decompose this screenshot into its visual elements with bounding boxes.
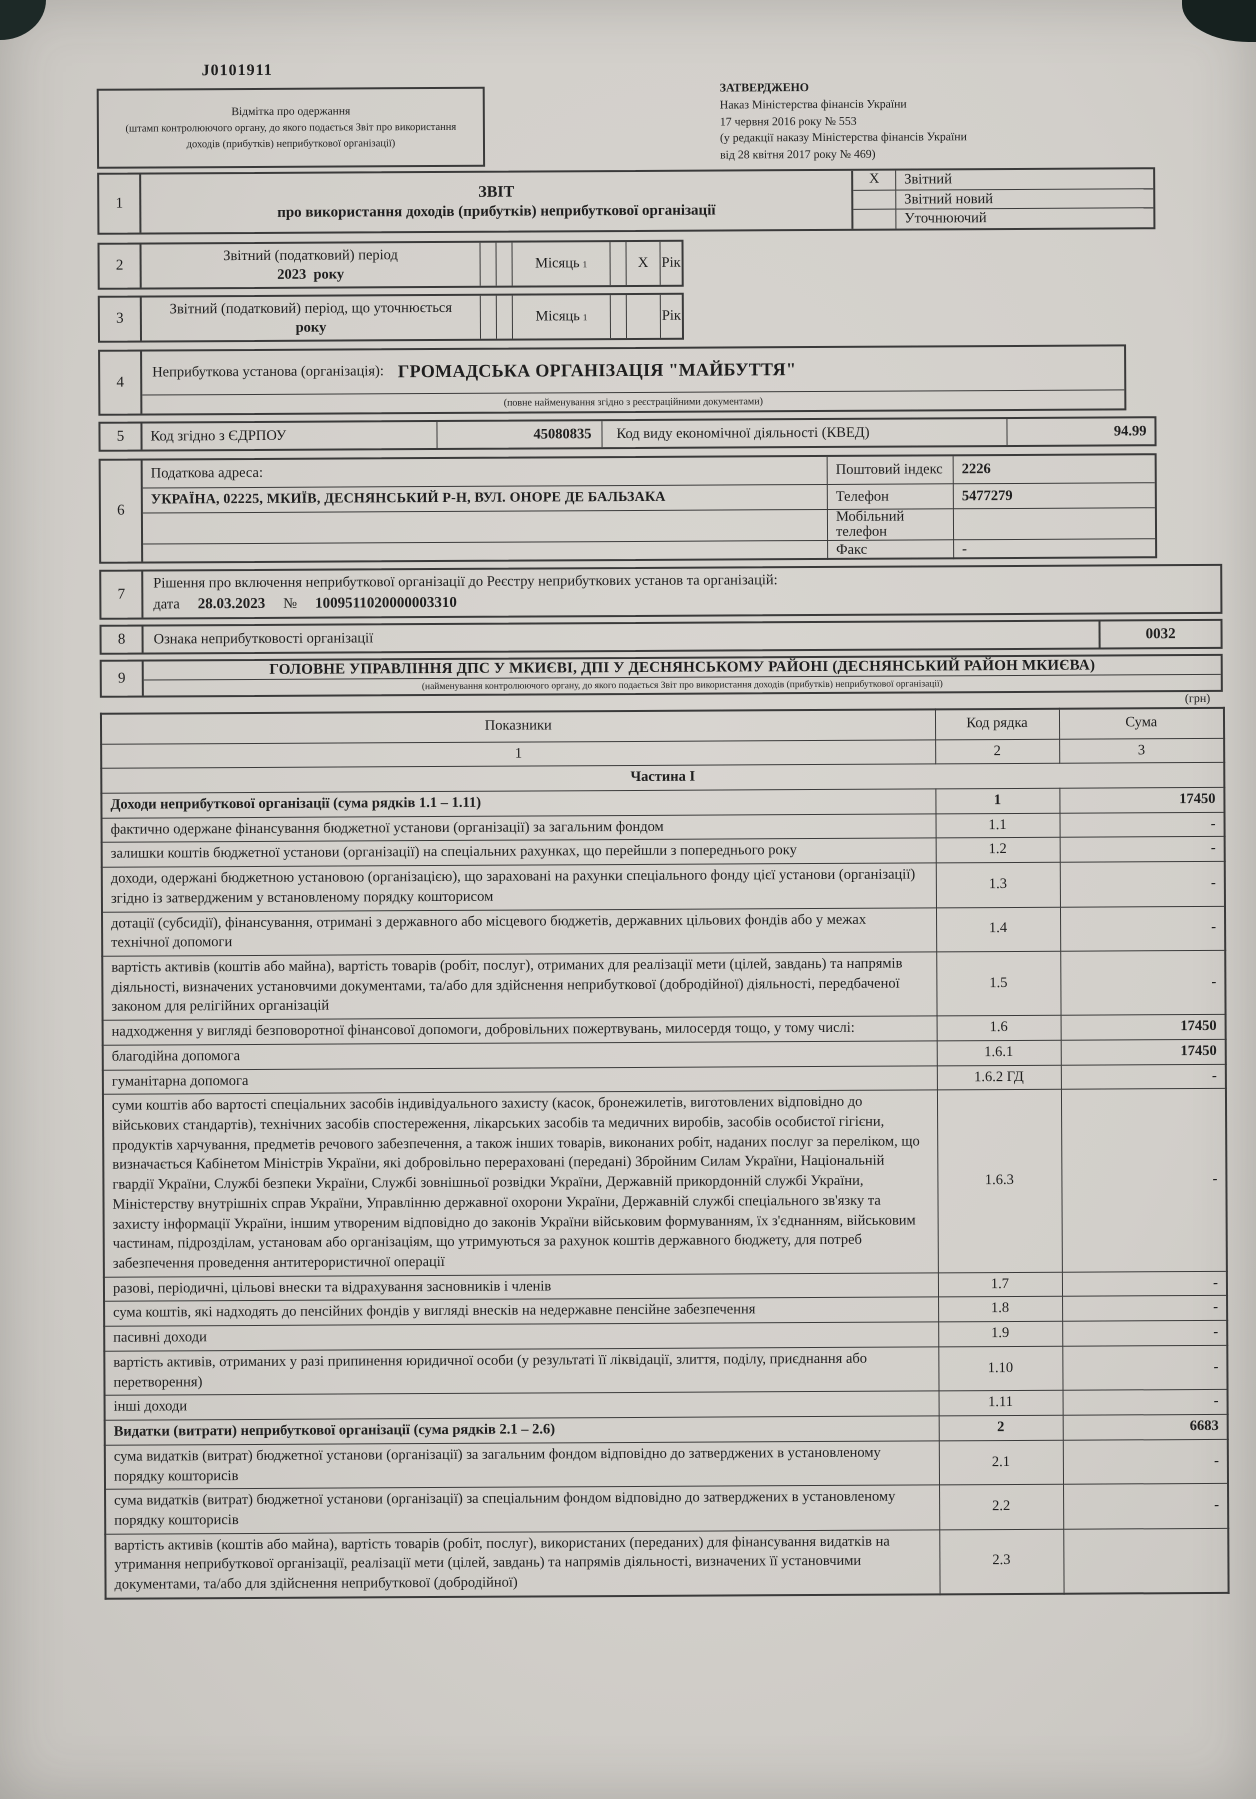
row-label: сума видатків (витрат) бюджетної установ… xyxy=(105,1485,939,1534)
postal-value: 2226 xyxy=(953,455,1155,484)
row-code: 1.9 xyxy=(938,1321,1062,1346)
table-row: доходи, одержані бюджетною установою (ор… xyxy=(102,861,1225,911)
col-header-indicators: Показники xyxy=(101,709,935,743)
month-digit-cell xyxy=(480,296,496,339)
report-title-line2: про використання доходів (прибутків) неп… xyxy=(141,201,851,222)
row-sum: - xyxy=(1060,837,1225,863)
row-code: 1.11 xyxy=(939,1391,1063,1416)
row-sum: - xyxy=(1063,1390,1228,1416)
month-digit-cell xyxy=(496,296,512,339)
row-label: сума видатків (витрат) бюджетної установ… xyxy=(105,1441,939,1490)
nonprofit-code-value: 0032 xyxy=(1098,621,1220,648)
scanned-document-page: J0101911 Відмітка про одержання (штамп к… xyxy=(0,0,1256,1799)
row-label: дотації (субсидії), фінансування, отрима… xyxy=(102,907,936,956)
report-title-line1: ЗВІТ xyxy=(141,181,851,203)
row-label: вартість активів (коштів або майна), вар… xyxy=(102,952,936,1021)
report-type-checkbox xyxy=(853,190,896,209)
indicators-table: Показники Код рядка Сума 1 2 3 Частина I… xyxy=(100,707,1228,1600)
year-label: Рік xyxy=(659,242,681,285)
row-label: суми коштів або вартості спеціальних зас… xyxy=(103,1090,938,1277)
decision-number: 1009511020000003310 xyxy=(315,595,457,612)
decision-no-label: № xyxy=(283,595,297,611)
col-number: 2 xyxy=(935,739,1059,764)
row-label: вартість активів, отриманих у разі припи… xyxy=(104,1347,938,1396)
row-sum: - xyxy=(1062,1345,1227,1390)
organization-note: (повне найменування згідно з реєстраційн… xyxy=(142,390,1124,413)
row-sum: 17450 xyxy=(1059,787,1224,813)
row-sum: - xyxy=(1063,1484,1228,1529)
row-sum xyxy=(1063,1528,1228,1594)
year-checkbox: X xyxy=(625,242,659,285)
approved-line: 17 червня 2016 року № 553 xyxy=(720,112,967,130)
address-empty-row xyxy=(143,510,828,545)
col-number: 3 xyxy=(1059,738,1224,764)
section-number: 4 xyxy=(100,352,142,414)
row-code: 1.10 xyxy=(938,1346,1062,1391)
stamp-note-line: (штамп контролюючого органу, до якого по… xyxy=(109,120,473,138)
row-code: 1 xyxy=(935,788,1059,813)
report-type-row-zvitnyi-novyi: Звітний новий xyxy=(853,189,1153,210)
row-code: 1.1 xyxy=(935,813,1059,838)
report-type-row-zvitnyi: X Звітний xyxy=(853,169,1153,190)
section-number: 7 xyxy=(101,572,143,618)
row-sum: - xyxy=(1060,950,1225,1015)
address-empty-row xyxy=(143,541,828,564)
row-code: 2.3 xyxy=(939,1529,1063,1594)
spacer-cell xyxy=(609,242,625,285)
stamp-title: Відмітка про одержання xyxy=(109,102,473,121)
period-label: Звітний (податковий) період 2023 року xyxy=(142,243,480,288)
kved-label: Код виду економічної діяльності (КВЕД) xyxy=(602,419,1006,447)
currency-note: (грн) xyxy=(1185,691,1210,706)
row-code: 1.2 xyxy=(936,838,1060,863)
period-label-text: Звітний (податковий) період, що уточнюєт… xyxy=(170,299,452,319)
row-code: 1.8 xyxy=(938,1297,1062,1322)
section-number: 6 xyxy=(101,461,144,562)
month-label: Місяць1 xyxy=(512,295,610,339)
table-row: вартість активів (коштів або майна), вар… xyxy=(105,1528,1228,1599)
indicators-table-body: Показники Код рядка Сума 1 2 3 Частина I… xyxy=(101,708,1229,1599)
row-code: 1.7 xyxy=(938,1272,1062,1297)
row-sum: - xyxy=(1062,1296,1227,1322)
row-code: 2.1 xyxy=(939,1440,1063,1485)
organization-line: Неприбуткова установа (організація): ГРО… xyxy=(142,346,1124,395)
row-code: 1.6.1 xyxy=(937,1040,1061,1065)
fax-label: Факс xyxy=(828,540,953,560)
row-code: 1.3 xyxy=(936,862,1060,907)
row-code: 1.6.2 ГД xyxy=(937,1065,1061,1090)
table-row: вартість активів (коштів або майна), вар… xyxy=(102,950,1225,1020)
month-digit-cell xyxy=(480,243,496,286)
row-label: доходи, одержані бюджетною установою (ор… xyxy=(102,863,936,912)
section-number: 5 xyxy=(100,424,142,450)
row-sum: - xyxy=(1061,1064,1226,1090)
nonprofit-code-label: Ознака неприбутковості організації xyxy=(144,622,1099,653)
month-label: Місяць1 xyxy=(512,242,610,286)
registry-decision-values: дата28.03.2023№1009511020000003310 xyxy=(153,589,1220,616)
row-sum: 17450 xyxy=(1061,1039,1226,1065)
registry-decision-box: Рішення про включення неприбуткової орга… xyxy=(143,566,1220,618)
row-sum: - xyxy=(1062,1271,1227,1297)
row-sum: - xyxy=(1062,1321,1227,1347)
section-number: 9 xyxy=(102,662,144,696)
report-title: ЗВІТ про використання доходів (прибутків… xyxy=(141,171,851,233)
edrpou-label: Код згідно з ЄДРПОУ xyxy=(142,422,437,450)
section-1-report-title: 1 ЗВІТ про використання доходів (прибутк… xyxy=(97,167,1155,235)
report-type-row-utochniuiuchyi: Уточнюючий xyxy=(853,209,1153,229)
row-sum: - xyxy=(1061,1089,1227,1272)
year-label: Рік xyxy=(660,295,682,338)
form-content: J0101911 Відмітка про одержання (штамп к… xyxy=(0,0,1256,1799)
authority-box: ГОЛОВНЕ УПРАВЛІННЯ ДПС У МКИЄВІ, ДПІ У Д… xyxy=(144,656,1221,696)
row-code: 1.4 xyxy=(936,907,1060,952)
address-label: Податкова адреса: xyxy=(143,457,828,489)
section-number: 1 xyxy=(99,175,141,233)
row-sum: 6683 xyxy=(1063,1414,1228,1440)
fax-value: - xyxy=(953,539,1155,559)
table-row: сума видатків (витрат) бюджетної установ… xyxy=(105,1484,1228,1534)
report-type-label: Звітний новий xyxy=(896,189,1153,209)
decision-date-label: дата xyxy=(153,596,179,612)
section-number: 8 xyxy=(102,627,144,653)
report-type-box: X Звітний Звітний новий Уточнюючий xyxy=(851,169,1153,229)
report-type-label: Уточнюючий xyxy=(896,209,1153,229)
period-year: року xyxy=(296,318,327,337)
decision-date: 28.03.2023 xyxy=(198,596,266,612)
row-sum: 17450 xyxy=(1061,1015,1226,1041)
stamp-note-line: доходів (прибутків) неприбуткової органі… xyxy=(109,135,473,153)
section-number: 2 xyxy=(100,245,142,288)
row-code: 1.5 xyxy=(936,951,1060,1016)
month-digit-cell xyxy=(496,243,512,286)
section-5-codes: 5 Код згідно з ЄДРПОУ 45080835 Код виду … xyxy=(98,416,1156,452)
row-sum: - xyxy=(1059,812,1224,838)
address-value: УКРАЇНА, 02225, МКИЇВ, ДЕСНЯНСЬКИЙ Р-Н, … xyxy=(143,485,828,514)
phone-label: Телефон xyxy=(828,484,953,510)
section-2-reporting-period: 2 Звітний (податковий) період 2023 року … xyxy=(97,240,683,290)
receipt-stamp-box: Відмітка про одержання (штамп контролююч… xyxy=(97,87,485,169)
period-year: 2023 року xyxy=(277,265,344,284)
spacer-cell xyxy=(610,295,626,338)
row-code: 2 xyxy=(939,1415,1063,1440)
section-9-controlling-authority: 9 ГОЛОВНЕ УПРАВЛІННЯ ДПС У МКИЄВІ, ДПІ У… xyxy=(100,654,1223,698)
col-header-sum: Сума xyxy=(1059,708,1224,739)
row-code: 2.2 xyxy=(939,1484,1063,1529)
table-row: сума видатків (витрат) бюджетної установ… xyxy=(105,1439,1228,1489)
organization-name: ГРОМАДСЬКА ОРГАНІЗАЦІЯ "МАЙБУТТЯ" xyxy=(398,359,796,382)
section-7-registry-decision: 7 Рішення про включення неприбуткової ор… xyxy=(99,564,1222,620)
report-type-checkbox: X xyxy=(853,171,896,190)
address-grid: Податкова адреса: Поштовий індекс 2226 У… xyxy=(143,455,1156,561)
section-4-organization: 4 Неприбуткова установа (організація): Г… xyxy=(98,344,1126,415)
phone-value: 5477279 xyxy=(953,483,1155,509)
row-code: 1.6.3 xyxy=(937,1090,1062,1273)
section-6-tax-address: 6 Податкова адреса: Поштовий індекс 2226… xyxy=(99,453,1158,564)
period-label-text: Звітний (податковий) період xyxy=(223,246,398,266)
mobile-value xyxy=(953,508,1155,540)
row-label: вартість активів (коштів або майна), вар… xyxy=(105,1530,939,1599)
section-3-corrected-period: 3 Звітний (податковий) період, що уточню… xyxy=(98,293,684,343)
report-type-checkbox xyxy=(853,210,896,229)
organization-label: Неприбуткова установа (організація): xyxy=(152,363,384,381)
col-header-row-code: Код рядка xyxy=(935,709,1059,740)
row-sum: - xyxy=(1060,906,1225,951)
approved-line: Наказ Міністерства фінансів України xyxy=(720,95,967,113)
year-checkbox xyxy=(626,295,660,338)
row-code: 1.6 xyxy=(937,1015,1061,1040)
mobile-label: Мобільний телефон xyxy=(828,509,953,541)
table-row: дотації (субсидії), фінансування, отрима… xyxy=(102,906,1225,956)
kved-value: 94.99 xyxy=(1006,418,1154,445)
row-sum: - xyxy=(1060,861,1225,906)
table-row: суми коштів або вартості спеціальних зас… xyxy=(103,1089,1227,1277)
section-number: 3 xyxy=(100,298,142,341)
period-label: Звітний (податковий) період, що уточнюєт… xyxy=(142,296,480,341)
row-sum: - xyxy=(1063,1439,1228,1484)
approved-line: (у редакції наказу Міністерства фінансів… xyxy=(720,128,967,146)
edrpou-value: 45080835 xyxy=(437,421,602,448)
approval-block: ЗАТВЕРДЖЕНО Наказ Міністерства фінансів … xyxy=(720,78,967,163)
organization-box: Неприбуткова установа (організація): ГРО… xyxy=(142,346,1124,413)
table-row: вартість активів, отриманих у разі припи… xyxy=(104,1345,1227,1395)
approved-title: ЗАТВЕРДЖЕНО xyxy=(720,78,967,96)
section-8-nonprofit-code: 8 Ознака неприбутковості організації 003… xyxy=(99,619,1222,655)
form-code: J0101911 xyxy=(202,62,273,80)
approved-line: від 28 квітня 2017 року № 469) xyxy=(720,145,967,163)
report-type-label: Звітний xyxy=(896,169,1153,189)
postal-label: Поштовий індекс xyxy=(828,456,953,485)
